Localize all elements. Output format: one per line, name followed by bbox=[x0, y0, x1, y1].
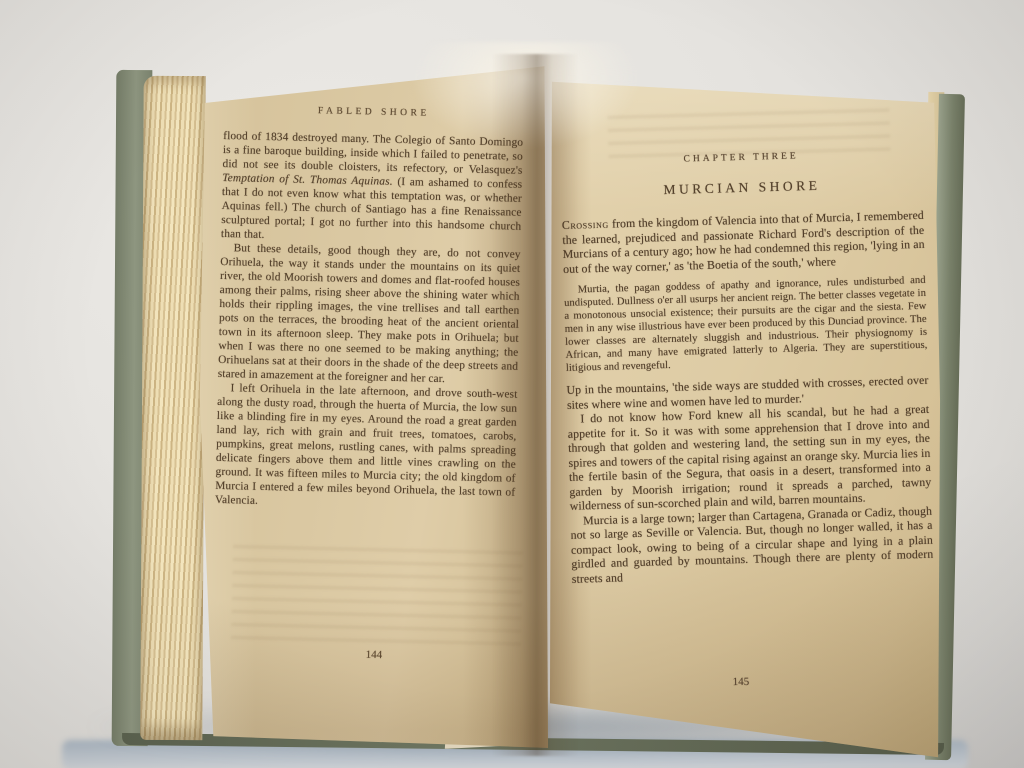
right-page-text: CHAPTER THREE MURCIAN SHORE Crossing fro… bbox=[560, 146, 934, 586]
right-paragraph-3: I do not know how Ford knew all his scan… bbox=[567, 402, 932, 514]
ford-quote-blockquote: Murtia, the pagan goddess of apathy and … bbox=[564, 274, 928, 375]
left-paragraph-1-italic-title: Temptation of St. Thomas Aquinas. bbox=[222, 172, 393, 188]
left-paragraph-2: But these details, good though they are,… bbox=[218, 241, 521, 388]
right-paragraph-1: Crossing from the kingdom of Valencia in… bbox=[562, 208, 925, 276]
chapter-title: MURCIAN SHORE bbox=[561, 175, 923, 200]
gutter-shadow bbox=[492, 54, 578, 756]
left-paragraph-1: flood of 1834 destroyed many. The Colegi… bbox=[221, 129, 523, 248]
left-page-showthrough bbox=[231, 545, 523, 648]
right-paragraph-4: Murcia is a large town; larger than Cart… bbox=[570, 503, 934, 586]
book-photo: FABLED SHORE flood of 1834 destroyed man… bbox=[0, 0, 1024, 768]
left-page-text: FABLED SHORE flood of 1834 destroyed man… bbox=[215, 102, 524, 514]
right-paragraph-1-rest: from the kingdom of Valencia into that o… bbox=[562, 208, 925, 276]
left-paragraph-3: I left Orihuela in the late afternoon, a… bbox=[215, 381, 518, 514]
page-edges-left bbox=[140, 76, 205, 740]
left-paragraph-1-pre: flood of 1834 destroyed many. The Colegi… bbox=[222, 130, 523, 177]
